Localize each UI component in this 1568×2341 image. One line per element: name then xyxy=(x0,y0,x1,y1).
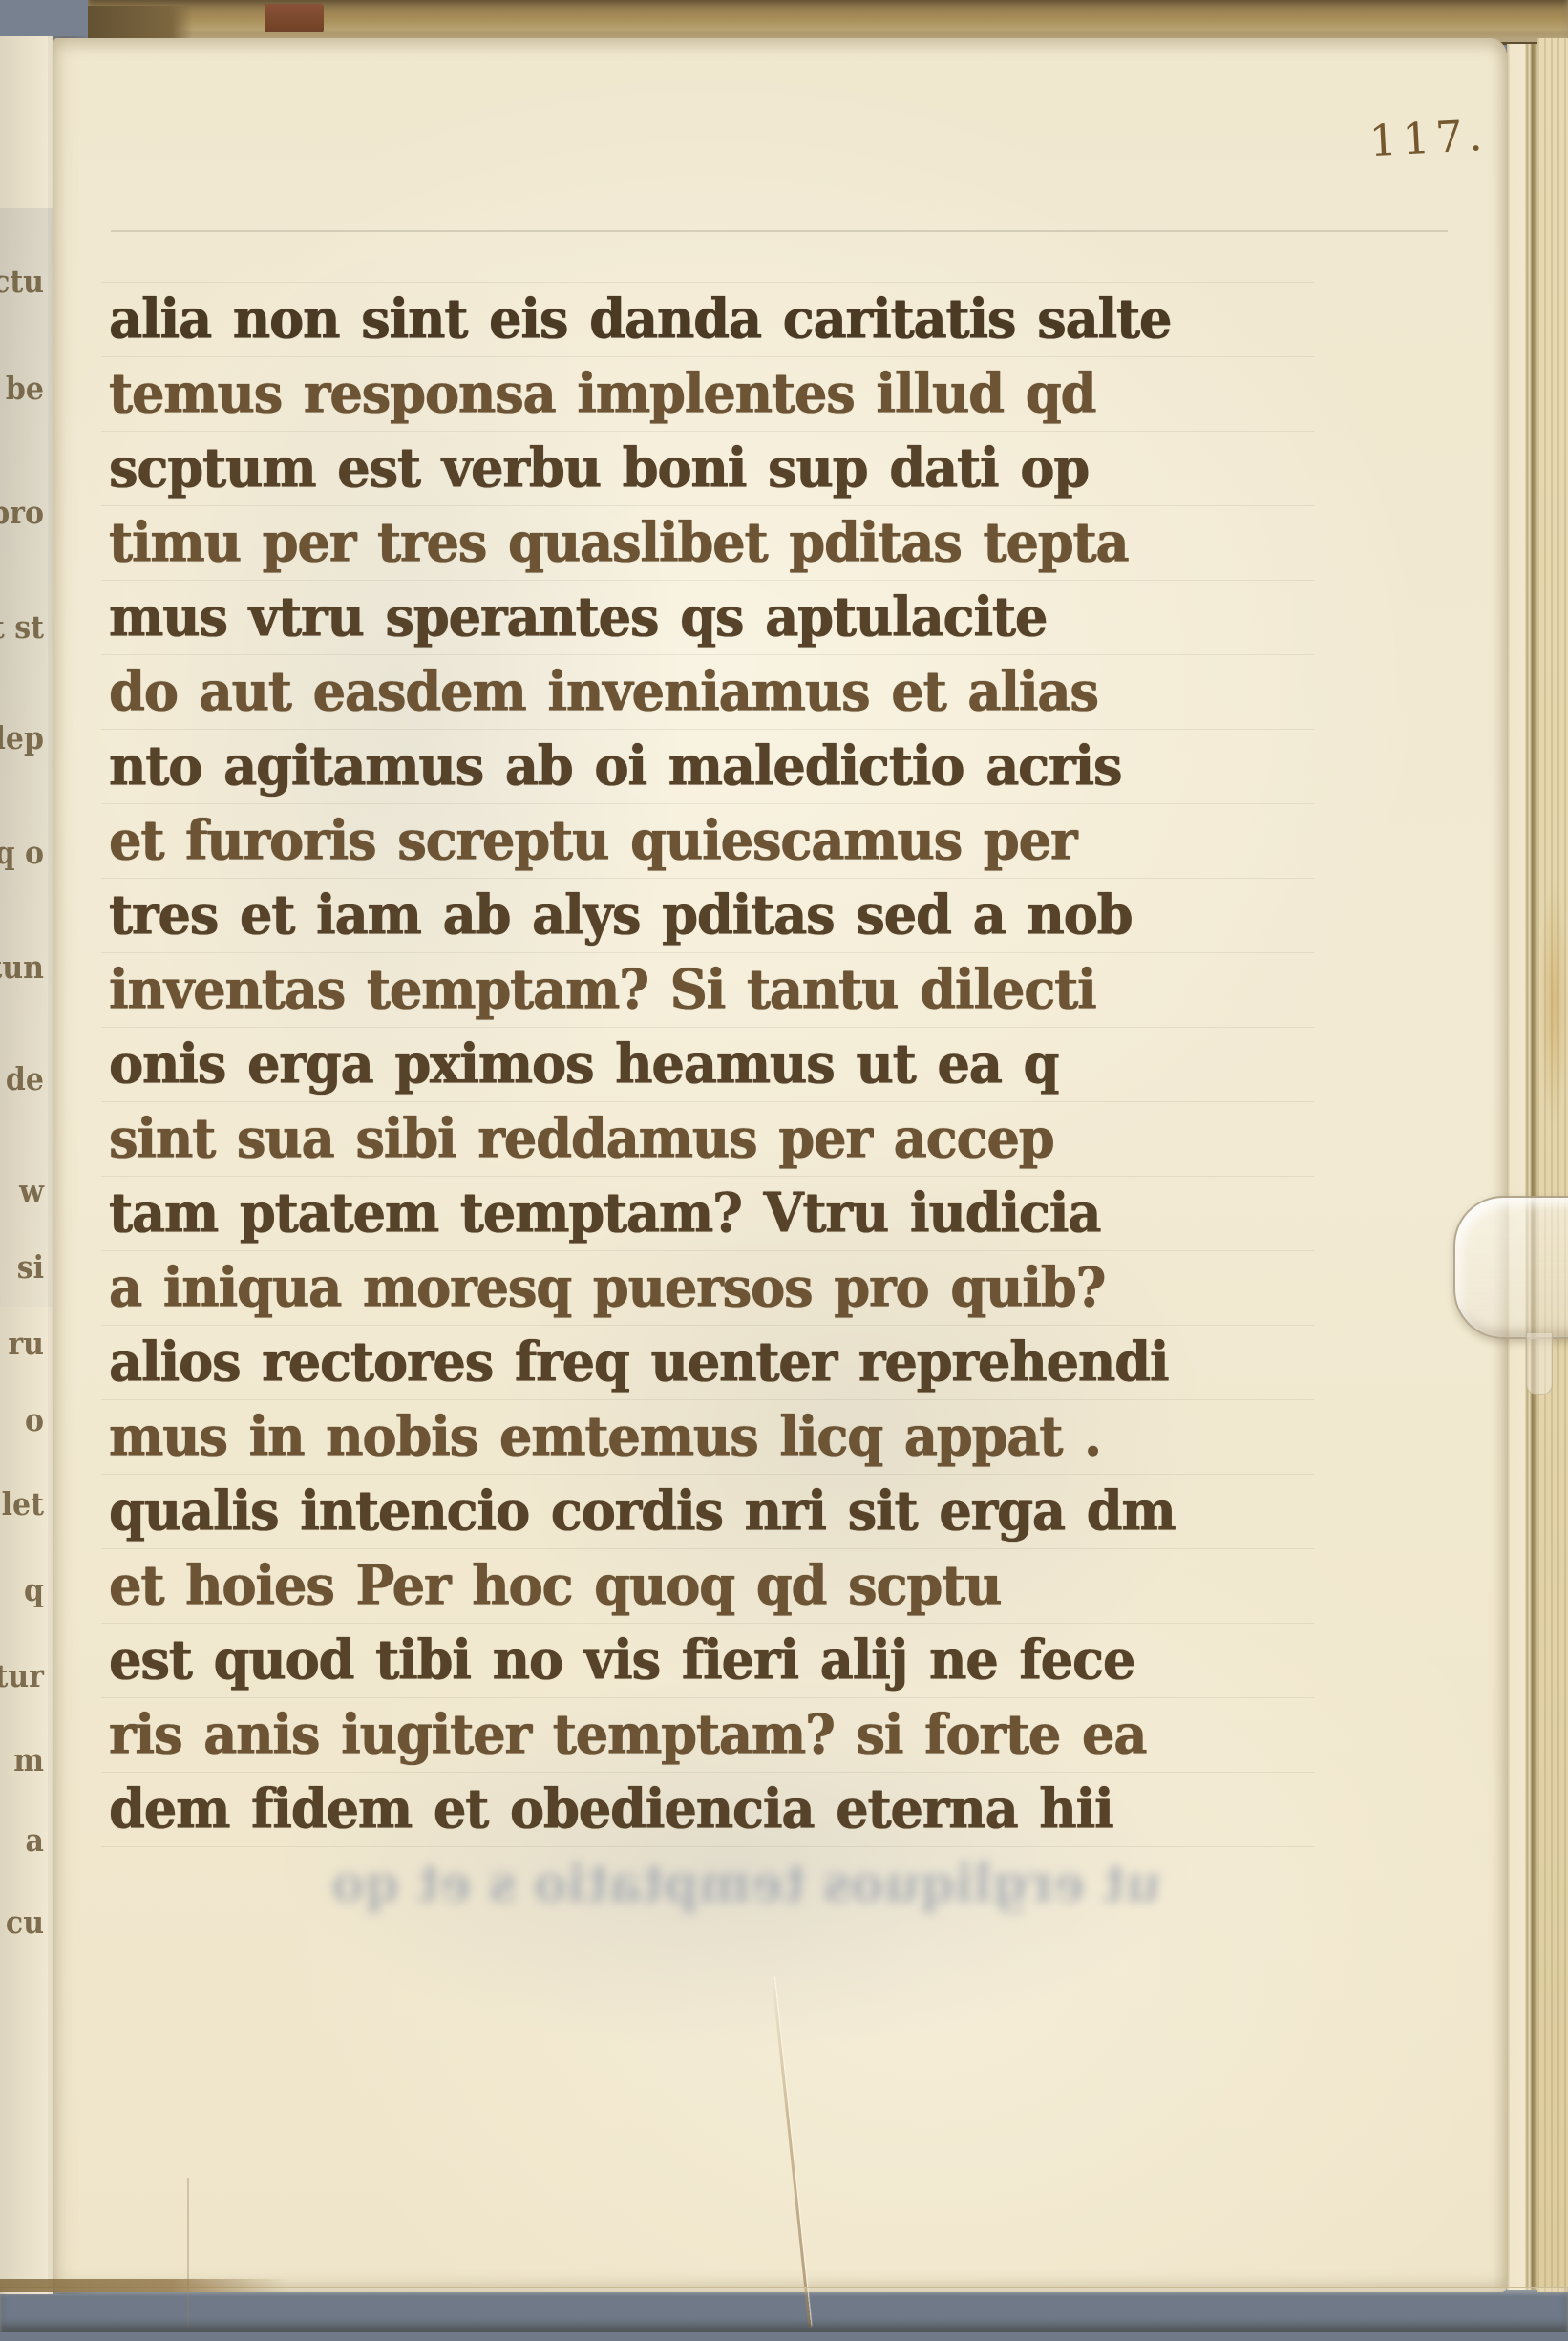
manuscript-line: tres et iam ab alys pditas sed a nob xyxy=(109,875,1322,954)
facing-page-text-fragment: cu xyxy=(6,1905,44,1942)
manuscript-line: et hoies Per hoc quoq qd scptu xyxy=(109,1545,1322,1625)
facing-page-text-fragment: o xyxy=(25,1402,44,1439)
manuscript-line: temus responsa implentes illud qd xyxy=(109,353,1322,433)
manuscript-line: tam ptatem temptam? Vtru iudicia xyxy=(109,1173,1322,1252)
manuscript-line: onis erga pximos heamus ut ea q xyxy=(109,1024,1322,1103)
manuscript-line: a iniqua moresq puersos pro quib? xyxy=(109,1247,1322,1327)
facing-page-text-fragment: ta lep xyxy=(0,720,44,757)
manuscript-line: dem fidem et obediencia eterna hii xyxy=(109,1769,1322,1848)
manuscript-photo: ctuc bereprotat stta lepq otundewsiruole… xyxy=(0,0,1568,2341)
facing-page-text-fragment: tur xyxy=(0,1658,44,1695)
manuscript-line: mus vtru sperantes qs aptulacite xyxy=(109,577,1322,656)
manuscript-line: do aut easdem inveniamus et alias xyxy=(109,651,1322,731)
folio-number: 117. xyxy=(1368,110,1490,166)
manuscript-line: qualis intencio cordis nri sit erga dm xyxy=(109,1471,1322,1550)
facing-page-text-fragment: si xyxy=(17,1249,44,1287)
manuscript-line: est quod tibi no vis fieri alij ne fece xyxy=(109,1620,1322,1699)
facing-page-text-fragment: ru xyxy=(8,1326,44,1363)
page-stack-edge xyxy=(1537,38,1568,2292)
facing-page-text-fragment: tat st xyxy=(0,609,44,647)
manuscript-line: sint sua sibi reddamus per accep xyxy=(109,1098,1322,1178)
book-bottom-edge xyxy=(0,2287,1568,2332)
tab-lower-edge xyxy=(1526,1333,1553,1395)
facing-page-text-fragment: repro xyxy=(0,495,44,532)
top-edge-corner-patch xyxy=(265,4,324,32)
facing-page-sliver: ctuc bereprotat stta lepq otundewsiruole… xyxy=(0,36,53,2294)
top-edge-dark-tip xyxy=(88,6,193,42)
bottom-edge-notch xyxy=(0,2279,286,2292)
manuscript-line: timu per tres quaslibet pditas tepta xyxy=(109,502,1322,582)
text-block: alia non sint eis danda caritatis saltet… xyxy=(109,279,1322,1843)
manuscript-line: alios rectores freq uenter reprehendi xyxy=(109,1322,1322,1401)
manuscript-line: nto agitamus ab oi maledictio acris xyxy=(109,726,1322,805)
fore-edge-stain xyxy=(1539,879,1568,1127)
manuscript-line: et furoris screptu quiescamus per xyxy=(109,800,1322,880)
parchment-crease xyxy=(772,1977,811,2327)
facing-page-text-fragment: tun xyxy=(0,949,44,987)
verso-showthrough-line: ut ergliquos temptatio s et qo xyxy=(340,1853,1161,1924)
fore-edge-lines xyxy=(1507,44,1539,2290)
manuscript-page: 117. alia non sint eis danda caritatis s… xyxy=(53,38,1507,2292)
facing-page-text-fragment: q o xyxy=(0,835,44,872)
facing-page-text-fragment: m xyxy=(13,1742,44,1779)
manuscript-line: alia non sint eis danda caritatis salte xyxy=(109,279,1322,358)
facing-page-text-fragment: w xyxy=(19,1173,44,1210)
facing-page-text-fragment: c be xyxy=(0,371,44,408)
facing-page-text-fragment: a xyxy=(26,1822,44,1860)
transparent-page-holder-tab xyxy=(1453,1196,1568,1339)
facing-page-text-fragment: ctu xyxy=(0,264,44,301)
facing-page-text-fragment: de xyxy=(6,1061,44,1098)
manuscript-line: mus in nobis emtemus licq appat . xyxy=(109,1396,1322,1476)
facing-page-text-fragment: let xyxy=(2,1486,44,1523)
ruling-line-top xyxy=(111,230,1448,232)
manuscript-line: inventas temptam? Si tantu dilecti xyxy=(109,949,1322,1029)
manuscript-line: ris anis iugiter temptam? si forte ea xyxy=(109,1694,1322,1774)
manuscript-line: scptum est verbu boni sup dati op xyxy=(109,428,1322,507)
facing-page-text-fragment: q xyxy=(24,1572,44,1609)
